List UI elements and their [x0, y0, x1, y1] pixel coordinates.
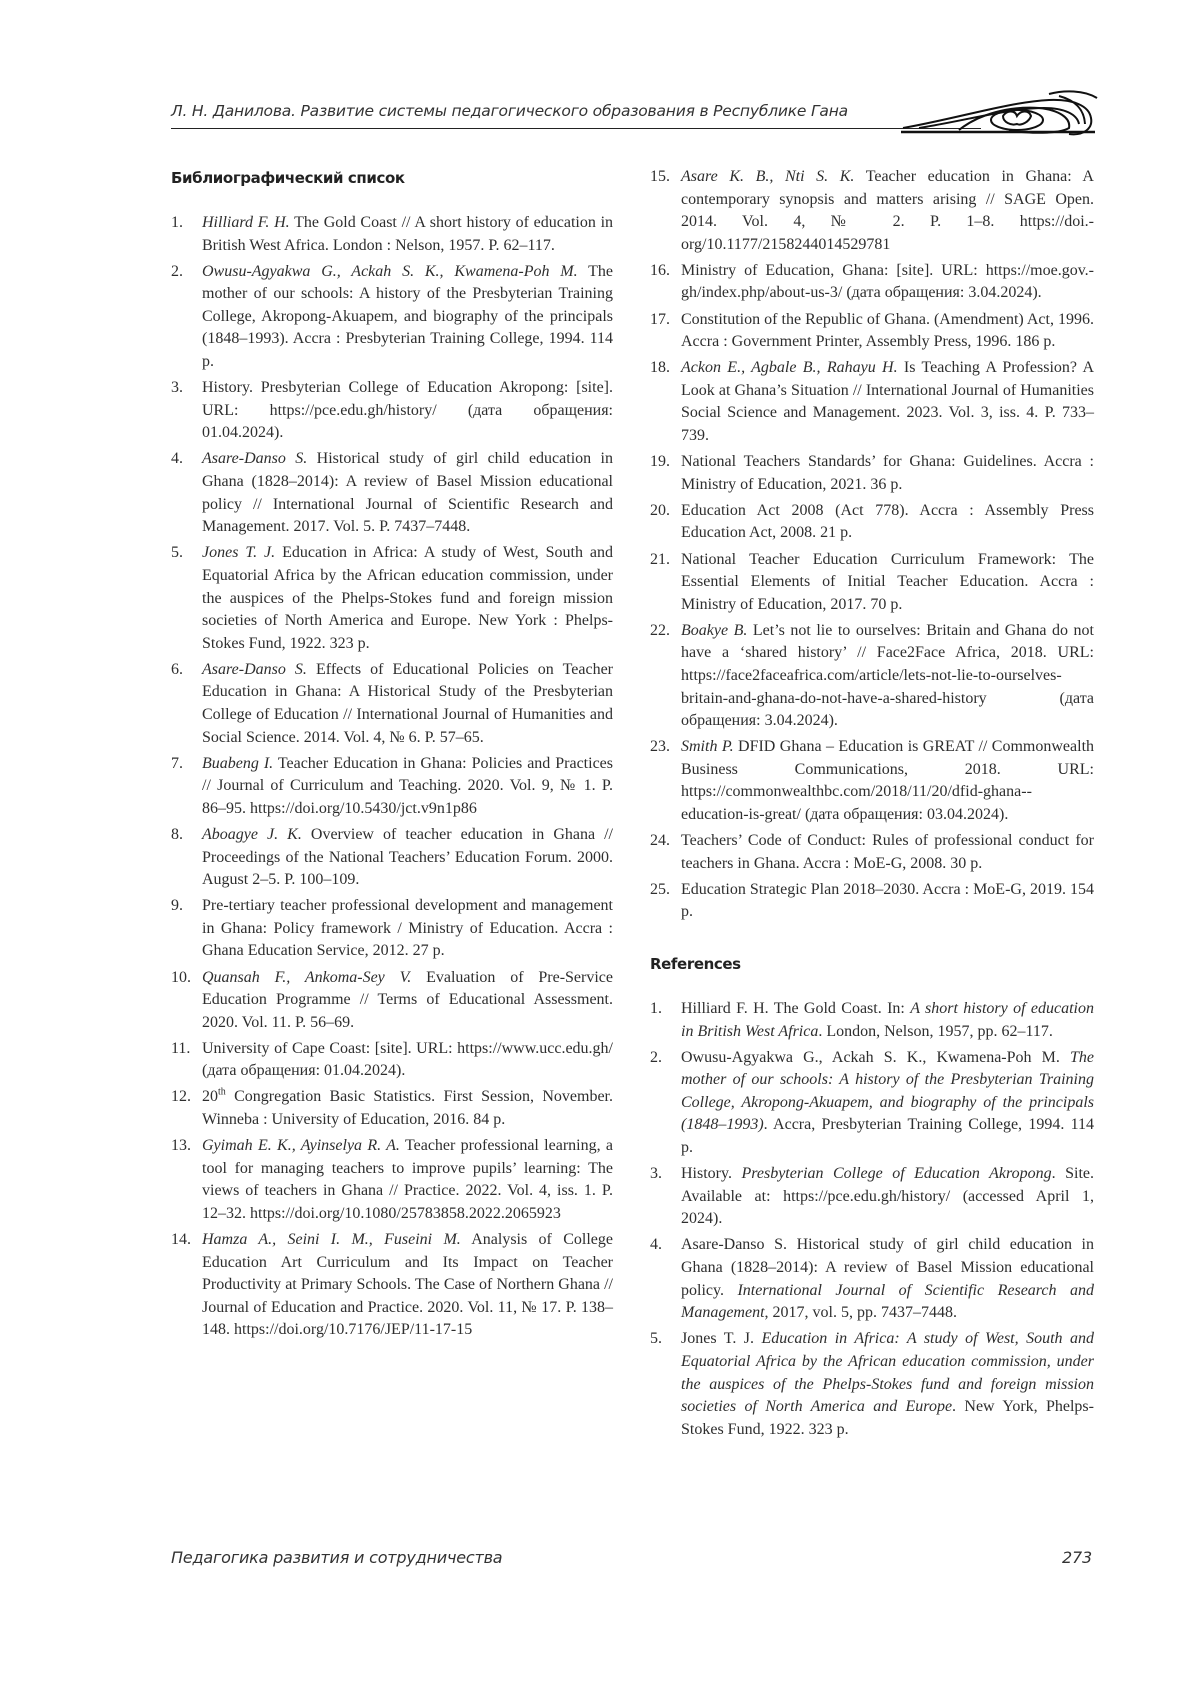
left-column: Библиографический список 1.Hilliard F. H…: [171, 168, 613, 1346]
bibliography-item: 16.Ministry of Education, Ghana: [site].…: [650, 260, 1094, 305]
bibliography-item: 22.Boakye B. Let’s not lie to ourselves:…: [650, 620, 1094, 733]
bibliography-item: 17. Constitution of the Republic of Ghan…: [650, 309, 1094, 354]
bibliography-item: 9.Pre-tertiary teacher professional deve…: [171, 895, 613, 963]
journal-name: Педагогика развития и сотрудничества: [171, 1548, 502, 1567]
bibliography-item: 20.Education Act 2008 (Act 778). Accra :…: [650, 500, 1094, 545]
bibliography-item: 14.Hamza A., Seini I. M., Fuseini M. Ana…: [171, 1229, 613, 1342]
reference-item: 1.Hilliard F. H. The Gold Coast. In: A s…: [650, 998, 1094, 1043]
reference-item: 3.History. Presbyterian College of Educa…: [650, 1163, 1094, 1231]
references-heading: References: [650, 954, 1094, 974]
bibliography-list: 1.Hilliard F. H. The Gold Coast // A sho…: [171, 212, 613, 1342]
bibliography-item: 25.Education Strategic Plan 2018–2030. A…: [650, 879, 1094, 924]
ref-author: Asare K. B., Nti S. K.: [681, 168, 854, 185]
header-rule: [171, 128, 981, 129]
bibliography-item: 13.Gyimah E. K., Ayinselya R. A. Teacher…: [171, 1135, 613, 1225]
ref-author: Buabeng I.: [202, 755, 273, 772]
bibliography-item: 18.Ackon E., Agbale B., Rahayu H. Is Tea…: [650, 357, 1094, 447]
ref-author: Jones T. J.: [202, 544, 275, 561]
bibliography-item: 2.Owusu-Agyakwa G., Ackah S. K., Kwamena…: [171, 261, 613, 374]
bibliography-item: 1.Hilliard F. H. The Gold Coast // A sho…: [171, 212, 613, 257]
bibliography-item: 6.Asare-Danso S. Effects of Educational …: [171, 659, 613, 749]
ref-author: Hamza A., Seini I. M., Fuseini M.: [202, 1231, 461, 1248]
bibliography-item: 3.History. Presbyterian College of Educa…: [171, 377, 613, 445]
running-title: Л. Н. Данилова. Развитие системы педагог…: [171, 102, 848, 120]
art-nouveau-ornament-icon: [899, 84, 1099, 140]
bibliography-item: 5.Jones T. J. Education in Africa: A stu…: [171, 542, 613, 655]
bibliography-item: 23.Smith P. DFID Ghana – Education is GR…: [650, 736, 1094, 826]
bibliography-item: 15.Asare K. B., Nti S. K. Teacher educat…: [650, 166, 1094, 256]
reference-item: 4.Asare-Danso S. Historical study of gir…: [650, 1234, 1094, 1324]
bibliography-item: 19.National Teachers Standards’ for Ghan…: [650, 451, 1094, 496]
page-number: 273: [1062, 1548, 1092, 1567]
ref-title: Presbyterian College of Education Akropo…: [741, 1165, 1051, 1182]
bibliography-heading: Библиографический список: [171, 168, 613, 188]
ref-author: Quansah F., Ankoma-Sey V.: [202, 969, 411, 986]
bibliography-item: 10.Quansah F., Ankoma-Sey V. Evaluation …: [171, 967, 613, 1035]
bibliography-item: 24.Teachers’ Code of Conduct: Rules of p…: [650, 830, 1094, 875]
ref-author: Asare-Danso S.: [202, 661, 307, 678]
bibliography-list-continued: 15.Asare K. B., Nti S. K. Teacher educat…: [650, 166, 1094, 924]
ref-author: Asare-Danso S.: [202, 450, 307, 467]
right-column: 15.Asare K. B., Nti S. K. Teacher educat…: [650, 166, 1094, 1445]
ref-author: Hilliard F. H.: [202, 214, 290, 231]
bibliography-item: 7.Buabeng I. Teacher Education in Ghana:…: [171, 753, 613, 821]
bibliography-item: 11.University of Cape Coast: [site]. URL…: [171, 1038, 613, 1083]
reference-item: 2.Owusu-Agyakwa G., Ackah S. K., Kwamena…: [650, 1047, 1094, 1160]
references-list: 1.Hilliard F. H. The Gold Coast. In: A s…: [650, 998, 1094, 1441]
ref-author: Smith P.: [681, 738, 734, 755]
ref-author: Boakye B.: [681, 622, 747, 639]
running-header: Л. Н. Данилова. Развитие системы педагог…: [171, 98, 1091, 138]
reference-item: 5.Jones T. J. Education in Africa: A stu…: [650, 1328, 1094, 1441]
bibliography-item: 8.Aboagye J. K. Overview of teacher educ…: [171, 824, 613, 892]
bibliography-item: 21.National Teacher Education Curriculum…: [650, 549, 1094, 617]
bibliography-item: 12.20th Congregation Basic Statistics. F…: [171, 1086, 613, 1131]
ref-author: Owusu-Agyakwa G., Ackah S. K., Kwamena-P…: [202, 263, 578, 280]
ref-author: Gyimah E. K., Ayinselya R. A.: [202, 1137, 400, 1154]
ref-author: Ackon E., Agbale B., Rahayu H.: [681, 359, 898, 376]
page-footer: Педагогика развития и сотрудничества 273: [171, 1548, 1092, 1572]
bibliography-item: 4.Asare-Danso S. Historical study of gir…: [171, 448, 613, 538]
ref-author: Aboagye J. K.: [202, 826, 302, 843]
